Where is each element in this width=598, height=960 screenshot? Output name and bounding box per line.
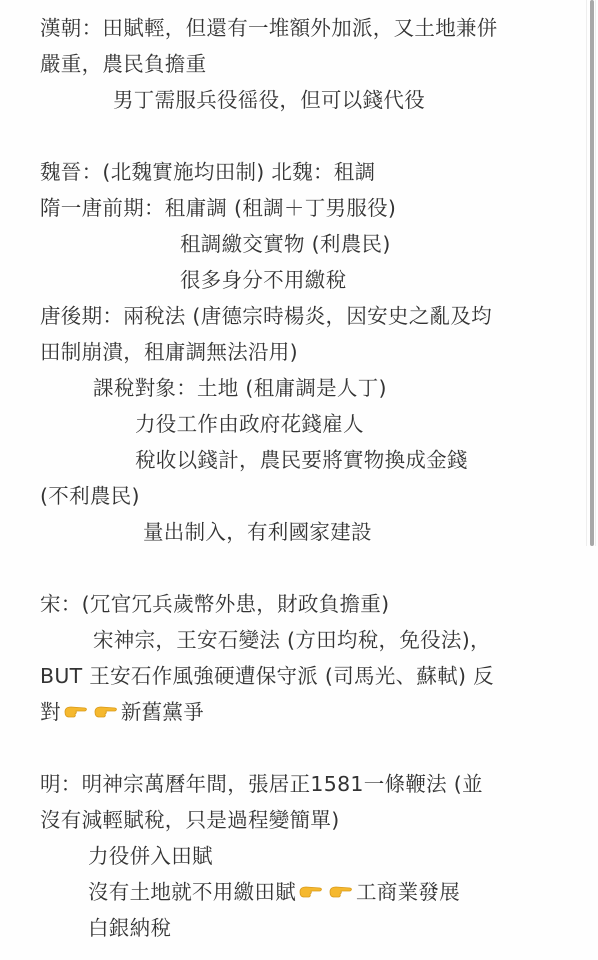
- line-ming-1: 明：明神宗萬曆年間，張居正1581一條鞭法 (並: [40, 770, 483, 798]
- line-tang-late-1: 唐後期：兩稅法 (唐德宗時楊炎，因安史之亂及均: [40, 302, 492, 330]
- line-tax-object: 課稅對象：土地 (租庸調是人丁): [93, 374, 387, 402]
- scrollbar-thumb[interactable]: [590, 0, 594, 546]
- line-labor-merged: 力役併入田賦: [88, 842, 213, 870]
- line-song-reform: 宋神宗，王安石變法 (方田均稅，免役法)，: [93, 626, 491, 654]
- line-ming-2: 沒有減輕賦稅，只是過程變簡單): [40, 806, 340, 834]
- line-tax-money: 稅收以錢計，農民要將實物換成金錢: [135, 446, 468, 474]
- line-text-before: 對: [40, 700, 61, 724]
- line-song: 宋：(冗官冗兵歲幣外患，財政負擔重): [40, 590, 389, 618]
- line-tang-late-2: 田制崩潰，租庸調無法沿用): [40, 338, 298, 366]
- scrollbar-edge: [586, 0, 587, 546]
- line-text-after: 新舊黨爭: [121, 700, 204, 724]
- line-text-after: 工商業發展: [356, 880, 460, 904]
- line-wei-jin: 魏晉：(北魏實施均田制) 北魏：租調: [40, 158, 375, 186]
- line-song-factions: 對新舊黨爭: [40, 698, 204, 726]
- line-labor-hire: 力役工作由政府花錢雇人: [135, 410, 364, 438]
- line-silver-tax: 白銀納稅: [88, 914, 171, 942]
- note-document: 漢朝：田賦輕，但還有一堆額外加派，又土地兼併 嚴重，農民負擔重 男丁需服兵役徭役…: [0, 0, 598, 960]
- line-sui-tang-early: 隋一唐前期：租庸調 (租調＋丁男服役): [40, 194, 396, 222]
- line-budget: 量出制入，有利國家建設: [143, 518, 372, 546]
- pointing-right-hand-icon: [298, 880, 324, 898]
- line-han-dynasty-2: 嚴重，農民負擔重: [40, 50, 206, 78]
- line-song-opposition: BUT 王安石作風強硬遭保守派 (司馬光、蘇軾) 反: [40, 662, 494, 690]
- scrollbar-edge: [595, 0, 596, 546]
- pointing-right-hand-icon: [93, 700, 119, 718]
- line-zudiao-goods: 租調繳交實物 (利農民): [180, 230, 391, 258]
- line-han-dynasty-1: 漢朝：田賦輕，但還有一堆額外加派，又土地兼併: [40, 14, 498, 42]
- pointing-right-hand-icon: [63, 700, 89, 718]
- line-text-before: 沒有土地就不用繳田賦: [88, 880, 296, 904]
- line-han-service: 男丁需服兵役徭役，但可以錢代役: [113, 86, 425, 114]
- line-no-land: 沒有土地就不用繳田賦工商業發展: [88, 878, 460, 906]
- pointing-right-hand-icon: [328, 880, 354, 898]
- line-tax-exempt: 很多身分不用繳稅: [180, 266, 346, 294]
- line-not-benefit: (不利農民): [40, 482, 140, 510]
